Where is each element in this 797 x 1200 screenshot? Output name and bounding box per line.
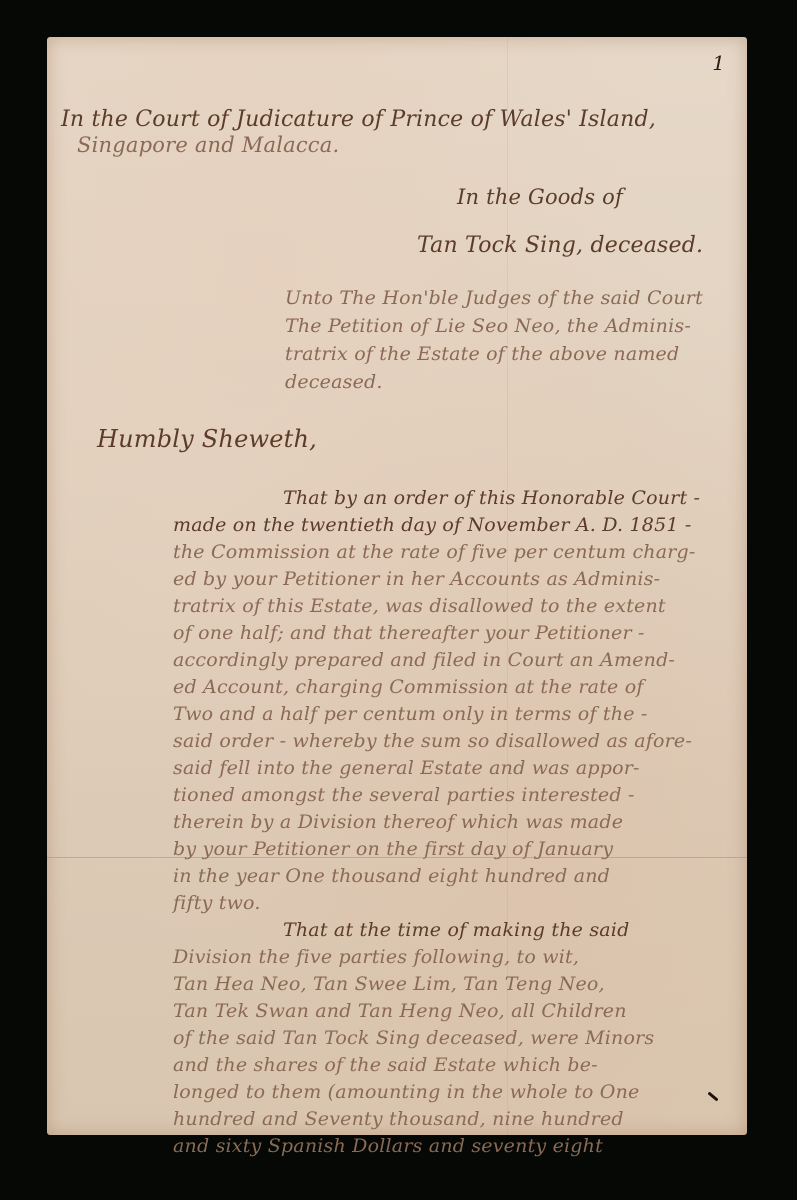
body-line: by your Petitioner on the first day of J… (173, 838, 613, 860)
ink-mark (707, 1091, 718, 1101)
salutation: Humbly Sheweth, (97, 425, 317, 453)
body-line: of the said Tan Tock Sing deceased, were… (173, 1027, 654, 1049)
body-line: longed to them (amounting in the whole t… (173, 1081, 639, 1103)
body-line: tratrix of this Estate, was disallowed t… (173, 595, 666, 617)
court-heading-line-1: In the Court of Judicature of Prince of … (61, 107, 656, 132)
body-line: That at the time of making the said (283, 919, 629, 941)
body-line: Tan Hea Neo, Tan Swee Lim, Tan Teng Neo, (173, 973, 605, 995)
manuscript-page: 1 In the Court of Judicature of Prince o… (47, 37, 747, 1135)
address-line-4: deceased. (285, 371, 383, 393)
body-line: Tan Tek Swan and Tan Heng Neo, all Child… (173, 1000, 627, 1022)
body-line: hundred and Seventy thousand, nine hundr… (173, 1108, 624, 1130)
body-line: and the shares of the said Estate which … (173, 1054, 598, 1076)
goods-heading: In the Goods of (457, 185, 623, 209)
address-line-2: The Petition of Lie Seo Neo, the Adminis… (285, 315, 691, 337)
body-line: Two and a half per centum only in terms … (173, 703, 648, 725)
body-line: the Commission at the rate of five per c… (173, 541, 696, 563)
body-line: and sixty Spanish Dollars and seventy ei… (173, 1135, 603, 1157)
body-line: ed Account, charging Commission at the r… (173, 676, 644, 698)
body-line: tioned amongst the several parties inter… (173, 784, 635, 806)
address-line-1: Unto The Hon'ble Judges of the said Cour… (285, 287, 703, 309)
body-line: That by an order of this Honorable Court… (283, 487, 700, 509)
body-line: ed by your Petitioner in her Accounts as… (173, 568, 660, 590)
body-line: therein by a Division thereof which was … (173, 811, 623, 833)
body-line: fifty two. (173, 892, 261, 914)
court-heading-line-2: Singapore and Malacca. (77, 133, 339, 157)
page-number: 1 (712, 51, 725, 75)
deceased-heading: Tan Tock Sing, deceased. (417, 233, 703, 258)
body-line: made on the twentieth day of November A.… (173, 514, 692, 536)
body-line: in the year One thousand eight hundred a… (173, 865, 610, 887)
body-line: accordingly prepared and filed in Court … (173, 649, 675, 671)
body-line: said order - whereby the sum so disallow… (173, 730, 692, 752)
body-line: of one half; and that thereafter your Pe… (173, 622, 645, 644)
body-line: Division the five parties following, to … (173, 946, 579, 968)
address-line-3: tratrix of the Estate of the above named (285, 343, 679, 365)
body-line: said fell into the general Estate and wa… (173, 757, 640, 779)
